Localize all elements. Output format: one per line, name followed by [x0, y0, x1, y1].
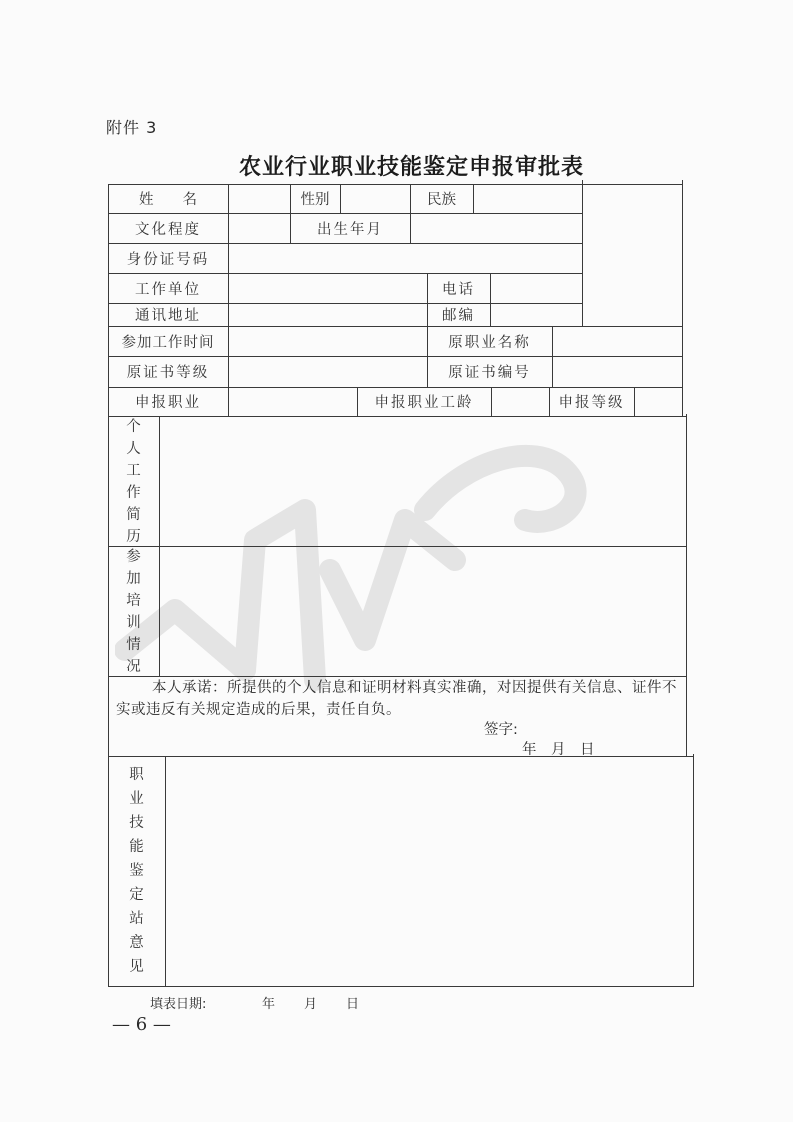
- resume-field[interactable]: [159, 416, 686, 546]
- apply-level-label: 申报等级: [549, 387, 634, 416]
- gender-field[interactable]: [340, 184, 410, 213]
- training-label: 参加培 训情况: [108, 548, 159, 676]
- page-title: 农业行业职业技能鉴定申报审批表: [0, 150, 793, 181]
- ethnicity-label: 民族: [410, 184, 473, 213]
- phone-field[interactable]: [490, 273, 582, 303]
- apply-occupation-label: 申报职业: [108, 387, 228, 416]
- address-label: 通讯地址: [108, 303, 228, 326]
- name-field[interactable]: [228, 184, 290, 213]
- name-label: 姓 名: [108, 184, 228, 213]
- photo-box[interactable]: [582, 184, 682, 326]
- postcode-field[interactable]: [490, 303, 582, 326]
- apply-years-label: 申报职业工龄: [357, 387, 491, 416]
- signature-label: 签字:: [484, 718, 518, 739]
- page-number: — 6 —: [112, 1014, 171, 1035]
- phone-label: 电话: [427, 273, 490, 303]
- prev-occupation-label: 原职业名称: [427, 326, 552, 356]
- postcode-label: 邮编: [427, 303, 490, 326]
- birth-field[interactable]: [410, 213, 582, 243]
- prev-cert-level-label: 原证书等级: [108, 356, 228, 387]
- birth-label: 出生年月: [290, 213, 410, 243]
- ethnicity-field[interactable]: [473, 184, 582, 213]
- id-field[interactable]: [228, 243, 582, 273]
- apply-occupation-field[interactable]: [228, 387, 357, 416]
- education-field[interactable]: [228, 213, 290, 243]
- prev-cert-level-field[interactable]: [228, 356, 427, 387]
- prev-occupation-field[interactable]: [552, 326, 682, 356]
- apply-years-field[interactable]: [491, 387, 549, 416]
- education-label: 文化程度: [108, 213, 228, 243]
- employer-field[interactable]: [228, 273, 427, 303]
- fill-date: 年月日: [262, 993, 388, 1012]
- training-field[interactable]: [159, 546, 686, 676]
- pledge-text: 本人承诺：所提供的个人信息和证明材料真实准确，对因提供有关信息、证件不实或违反有…: [116, 677, 686, 721]
- apply-level-field[interactable]: [634, 387, 682, 416]
- gender-label: 性别: [290, 184, 340, 213]
- resume-label: 个人工 作简历: [108, 418, 159, 546]
- id-label: 身份证号码: [108, 243, 228, 273]
- fill-date-label: 填表日期:: [150, 993, 206, 1012]
- prev-cert-no-field[interactable]: [552, 356, 682, 387]
- prev-cert-no-label: 原证书编号: [427, 356, 552, 387]
- address-field[interactable]: [228, 303, 427, 326]
- attachment-label: 附件 3: [106, 115, 157, 138]
- station-opinion-field[interactable]: [165, 756, 693, 986]
- station-opinion-label: 职业技 能鉴定 站意见: [108, 756, 165, 986]
- employer-label: 工作单位: [108, 273, 228, 303]
- work-start-label: 参加工作时间: [108, 326, 228, 356]
- work-start-field[interactable]: [228, 326, 427, 356]
